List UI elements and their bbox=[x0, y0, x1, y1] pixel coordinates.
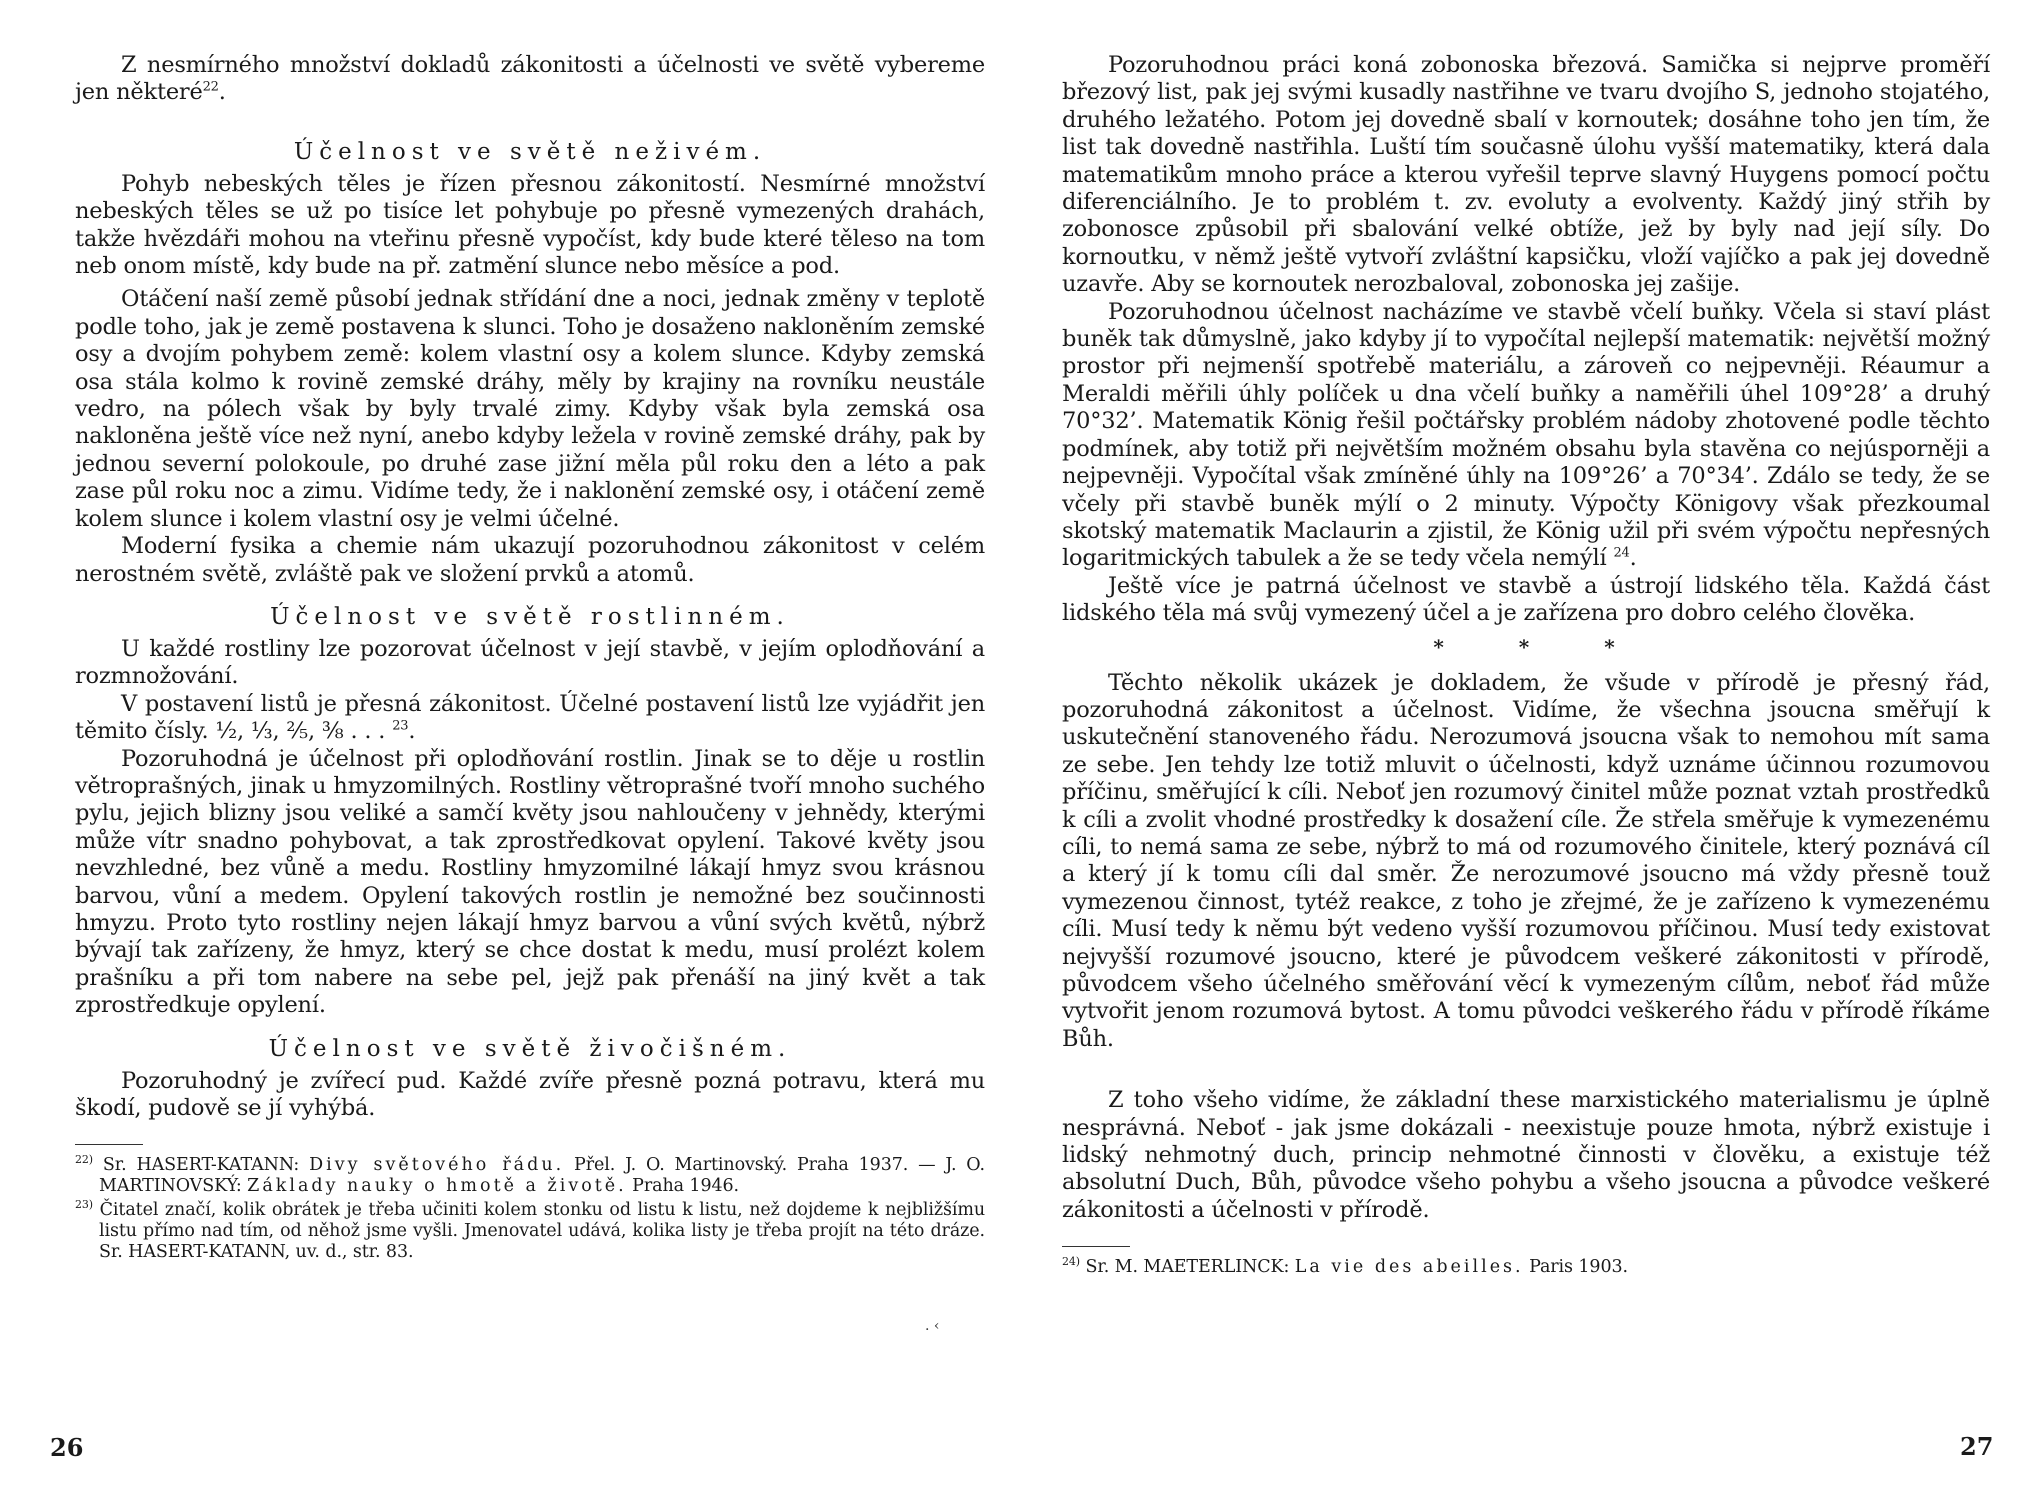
punct: . bbox=[408, 718, 415, 744]
footnote-text: Praha 1946. bbox=[627, 1176, 739, 1196]
punct: . bbox=[219, 79, 226, 105]
paragraph: Pozoruhodnou práci koná zobonoska březov… bbox=[1062, 52, 1990, 299]
paragraph-text: Z nesmírného množství dokladů zákonitost… bbox=[75, 52, 985, 105]
footnote-divider bbox=[75, 1144, 143, 1145]
footnote-text: Paris 1903. bbox=[1524, 1257, 1628, 1277]
section-heading-inanimate: Účelnost ve světě neživém. bbox=[75, 137, 985, 167]
footnote-mark: 24) bbox=[1062, 1255, 1080, 1268]
footnote-mark: 22) bbox=[75, 1154, 93, 1167]
footnote-22: 22) Sr. HASERT-KATANN: Divy světového řá… bbox=[75, 1155, 985, 1197]
page-number: 26 bbox=[50, 1433, 83, 1462]
book-title: Základy nauky o hmotě a životě. bbox=[247, 1176, 627, 1196]
spacer bbox=[1062, 1053, 1990, 1087]
footnote-divider bbox=[1062, 1246, 1130, 1247]
footnote-text: Sr. M. MAETERLINCK: bbox=[1085, 1257, 1294, 1277]
conclusion-paragraph: Z toho všeho vidíme, že základní these m… bbox=[1062, 1087, 1990, 1224]
section-heading-plant: Účelnost ve světě rostlinném. bbox=[75, 602, 985, 632]
paragraph: U každé rostliny lze pozorovat účelnost … bbox=[75, 636, 985, 691]
paragraph: Pohyb nebeských těles je řízen přesnou z… bbox=[75, 171, 985, 281]
paragraph: Ještě více je patrná účelnost ve stavbě … bbox=[1062, 573, 1990, 628]
left-page-body: Z nesmírného množství dokladů zákonitost… bbox=[75, 52, 985, 1263]
footnote-ref[interactable]: 22 bbox=[203, 80, 219, 95]
section-separator: * * * bbox=[1092, 634, 1990, 660]
paragraph: Pozoruhodný je zvířecí pud. Každé zvíře … bbox=[75, 1068, 985, 1123]
footnote-ref[interactable]: 24 bbox=[1613, 546, 1629, 561]
section-heading-animal: Účelnost ve světě živočišném. bbox=[75, 1034, 985, 1064]
footnote-ref[interactable]: 23 bbox=[392, 719, 408, 734]
left-page: Z nesmírného množství dokladů zákonitost… bbox=[0, 0, 1012, 1500]
stray-print-mark: . ‹ bbox=[925, 1318, 940, 1334]
punct: . bbox=[1630, 545, 1637, 571]
footnote-text: Sr. HASERT-KATANN: bbox=[103, 1155, 309, 1175]
book-title: La vie des abeilles. bbox=[1295, 1257, 1524, 1277]
page-number: 27 bbox=[1960, 1432, 1993, 1461]
paragraph: V postavení listů je přesná zákonitost. … bbox=[75, 691, 985, 746]
paragraph: Pozoruhodná je účelnost při oplodňování … bbox=[75, 746, 985, 1020]
paragraph-text: V postavení listů je přesná zákonitost. … bbox=[75, 691, 985, 744]
footnote-23: 23) Čitatel značí, kolik obrátek je třeb… bbox=[75, 1200, 985, 1263]
paragraph: Moderní fysika a chemie nám ukazují pozo… bbox=[75, 533, 985, 588]
book-title: Divy světového řádu. bbox=[309, 1155, 564, 1175]
footnote-text: Čitatel značí, kolik obrátek je třeba uč… bbox=[99, 1200, 985, 1262]
right-page-body: Pozoruhodnou práci koná zobonoska březov… bbox=[1062, 52, 1990, 1278]
footnote-24: 24) Sr. M. MAETERLINCK: La vie des abeil… bbox=[1062, 1257, 1990, 1278]
paragraph: Pozoruhodnou účelnost nacházíme ve stavb… bbox=[1062, 299, 1990, 573]
intro-paragraph: Z nesmírného množství dokladů zákonitost… bbox=[75, 52, 985, 107]
right-page: Pozoruhodnou práci koná zobonoska březov… bbox=[1012, 0, 2024, 1500]
paragraph: Otáčení naší země působí jednak střídání… bbox=[75, 286, 985, 533]
paragraph-text: Pozoruhodnou účelnost nacházíme ve stavb… bbox=[1062, 299, 1990, 572]
footnote-mark: 23) bbox=[75, 1199, 93, 1212]
paragraph: Těchto několik ukázek je dokladem, že vš… bbox=[1062, 670, 1990, 1054]
spacer bbox=[75, 107, 985, 129]
